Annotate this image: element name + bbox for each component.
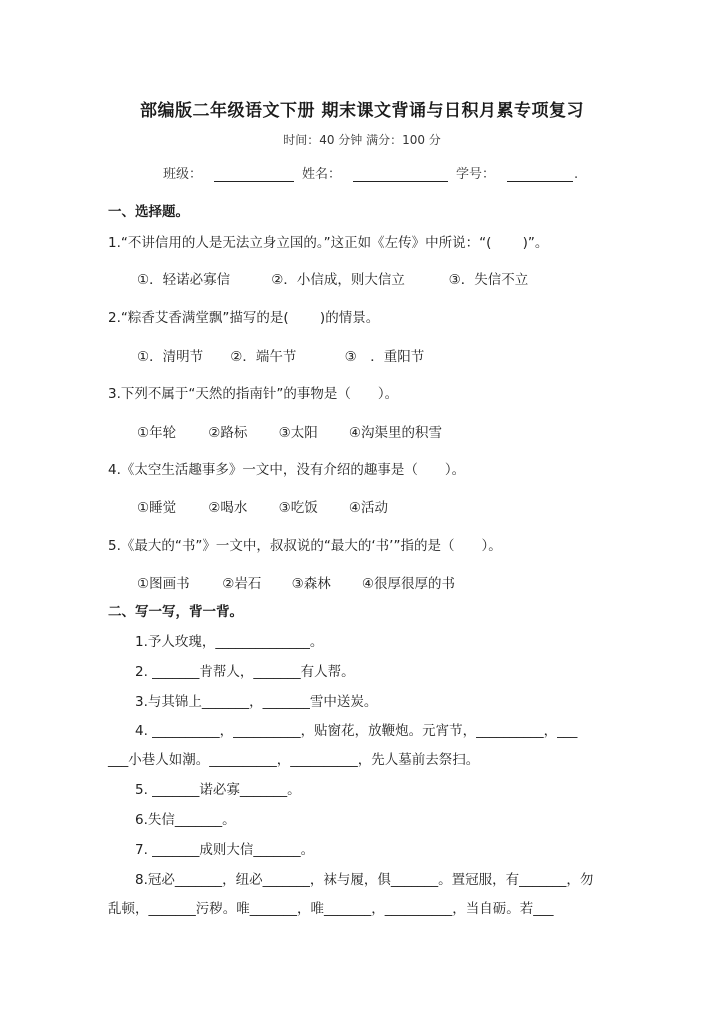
option[interactable]: ①．轻诺必寡信 (137, 268, 267, 288)
page-title: 部编版二年级语文下册 期末课文背诵与日积月累专项复习 (0, 96, 724, 121)
fill-item-6[interactable]: 6.失信_______。 (135, 808, 236, 828)
student-info-row: 班级： 姓名： 学号： . (163, 163, 578, 182)
option[interactable]: ①图画书 (137, 572, 218, 592)
section-heading-choice: 一、选择题。 (108, 200, 189, 220)
option[interactable]: ②喝水 (208, 496, 274, 516)
section-heading-write-recite: 二、写一写，背一背。 (108, 600, 243, 620)
option[interactable]: ③森林 (292, 572, 358, 592)
fill-item-1[interactable]: 1.予人玫瑰，______________。 (135, 630, 323, 650)
option[interactable]: ③吃饭 (279, 496, 345, 516)
option[interactable]: ④沟渠里的积雪 (349, 421, 442, 441)
question-4: 4.《太空生活趣事多》一文中，没有介绍的趣事是（ ）。 (108, 458, 465, 478)
fill-item-4[interactable]: 4. __________，__________，贴窗花，放鞭炮。元宵节，___… (135, 719, 577, 739)
fill-item-4-continued[interactable]: ___小巷人如潮。__________，__________，先人墓前去祭扫。 (108, 748, 479, 768)
fill-item-2[interactable]: 2. _______肯帮人，_______有人帮。 (135, 660, 355, 680)
option[interactable]: ②岩石 (222, 572, 287, 592)
fill-item-8[interactable]: 8.冠必_______，纽必_______，袜与履，俱_______。置冠服，有… (135, 868, 593, 888)
name-label: 姓名： (302, 163, 341, 182)
option[interactable]: ①．清明节 (137, 345, 226, 365)
option[interactable]: ②．端午节 (230, 345, 340, 365)
option[interactable]: ②．小信成，则大信立 (271, 268, 444, 288)
question-5-options: ①图画书 ②岩石 ③森林 ④很厚很厚的书 (137, 572, 455, 592)
class-label: 班级： (163, 163, 202, 182)
fill-item-5[interactable]: 5. _______诺必寡_______。 (135, 778, 301, 798)
fill-item-3[interactable]: 3.与其锦上_______，_______雪中送炭。 (135, 690, 377, 710)
option[interactable]: ①睡觉 (137, 496, 204, 516)
option[interactable]: ②路标 (208, 421, 274, 441)
option[interactable]: ③ ．重阳节 (345, 345, 425, 365)
question-1: 1.“不讲信用的人是无法立身立国的。”这正如《左传》中所说：“( )”。 (108, 231, 548, 251)
question-1-options: ①．轻诺必寡信 ②．小信成，则大信立 ③．失信不立 (137, 268, 528, 288)
name-blank[interactable] (353, 167, 448, 182)
student-id-blank[interactable] (507, 167, 573, 182)
option[interactable]: ①年轮 (137, 421, 204, 441)
question-4-options: ①睡觉 ②喝水 ③吃饭 ④活动 (137, 496, 388, 516)
class-blank[interactable] (214, 167, 294, 182)
option[interactable]: ④很厚很厚的书 (362, 572, 455, 592)
question-2-options: ①．清明节 ②．端午节 ③ ．重阳节 (137, 345, 424, 365)
option[interactable]: ③．失信不立 (449, 268, 529, 288)
end-mark: . (574, 167, 578, 182)
option[interactable]: ④活动 (349, 496, 388, 516)
fill-item-7[interactable]: 7. _______成则大信_______。 (135, 838, 314, 858)
question-3-options: ①年轮 ②路标 ③太阳 ④沟渠里的积雪 (137, 421, 442, 441)
question-3: 3.下列不属于“天然的指南针”的事物是（ ）。 (108, 382, 398, 402)
student-id-label: 学号： (456, 163, 495, 182)
question-5: 5.《最大的“书”》一文中，叔叔说的“最大的‘书’”指的是（ ）。 (108, 534, 502, 554)
fill-item-8-continued[interactable]: 乱顿，_______污秽。唯_______，唯_______，_________… (108, 897, 554, 917)
question-2: 2.“粽香艾香满堂飘”描写的是( )的情景。 (108, 306, 379, 326)
option[interactable]: ③太阳 (279, 421, 345, 441)
exam-info: 时间：40 分钟 满分：100 分 (0, 131, 724, 148)
